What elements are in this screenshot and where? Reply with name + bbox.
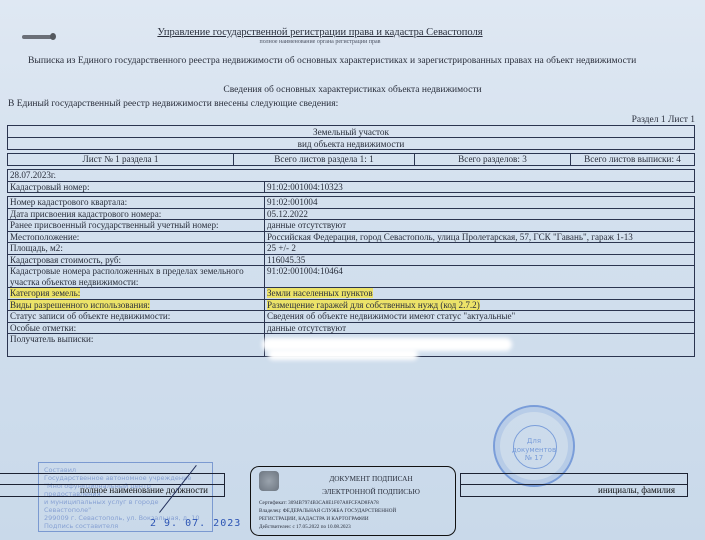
row-label: Статус записи об объекте недвижимости: (8, 311, 265, 323)
table-row: Статус записи об объекте недвижимости:Св… (8, 311, 695, 323)
row-value: Сведения об объекте недвижимости имеют с… (265, 311, 695, 323)
esig-subtitle: ЭЛЕКТРОННОЙ ПОДПИСЬЮ (291, 487, 451, 496)
row-label: Номер кадастрового квартала: (8, 197, 265, 209)
row-value-highlighted: Размещение гаражей для собственных нужд … (267, 300, 480, 310)
row-label: Получатель выписки: (8, 334, 265, 357)
esig-validity: Действителен: с 17.05.2022 по 10.08.2023 (259, 524, 451, 530)
table-row: Дата присвоения кадастрового номера:05.1… (8, 208, 695, 220)
seal-text: № 17 (495, 454, 573, 463)
organization-name: Управление государственной регистрации п… (0, 27, 640, 38)
esig-title: ДОКУМЕНТ ПОДПИСАН (291, 474, 451, 483)
section-title: Сведения об основных характеристиках объ… (0, 85, 705, 95)
esig-owner: Владелец: ФЕДЕРАЛЬНАЯ СЛУЖБА ГОСУДАРСТВЕ… (259, 508, 451, 514)
row-value-highlighted: Земли населенных пунктов (267, 288, 373, 298)
cadastral-number-label: Кадастровый номер: (8, 181, 265, 193)
esig-owner-cont: РЕГИСТРАЦИИ, КАДАСТРА И КАРТОГРАФИИ (259, 516, 451, 522)
row-value: Российская Федерация, город Севастополь,… (265, 231, 695, 243)
row-value: 91:02:001004 (265, 197, 695, 209)
row-label: Ранее присвоенный государственный учетны… (8, 220, 265, 232)
row-value: данные отсутствуют (265, 220, 695, 232)
stamp-date: 2 9. 07. 2023 (150, 518, 241, 529)
table-row: Категория земель:Земли населенных пункто… (8, 288, 695, 300)
row-value: данные отсутствуют (265, 322, 695, 334)
characteristics-table: Номер кадастрового квартала:91:02:001004… (7, 196, 695, 357)
stamp-line: и муниципальных услуг в городе Севастопо… (44, 498, 207, 514)
sheet-number: Лист № 1 раздела 1 (8, 154, 234, 165)
initials-field (460, 473, 688, 485)
seal-text: Для (495, 437, 573, 446)
table-row: Местоположение:Российская Федерация, гор… (8, 231, 695, 243)
electronic-signature-block: ДОКУМЕНТ ПОДПИСАН ЭЛЕКТРОННОЙ ПОДПИСЬЮ С… (250, 466, 456, 536)
cadastral-number-value: 91:02:001004:10323 (265, 181, 695, 193)
esig-certificate: Сертификат: 3094B7974B3CA8E1F07A8FCFAD8F… (259, 500, 451, 506)
row-label: Площадь, м2: (8, 243, 265, 255)
intro-text: В Единый государственный реестр недвижим… (8, 99, 338, 109)
row-label-highlighted: Виды разрешенного использования: (10, 300, 150, 310)
table-row: Кадастровая стоимость, руб:116045.35 (8, 254, 695, 266)
position-caption: полное наименование должности (0, 485, 225, 497)
table-row: Площадь, м2:25 +/- 2 (8, 243, 695, 255)
date-table: 28.07.2023г. Кадастровый номер: 91:02:00… (7, 169, 695, 193)
row-label: Кадастровая стоимость, руб: (8, 254, 265, 266)
organization-caption: полное наименование органа регистрации п… (0, 39, 640, 45)
extract-sheets-total: Всего листов выписки: 4 (571, 154, 694, 165)
row-label: Кадастровые номера расположенных в преде… (8, 266, 265, 288)
sections-total: Всего разделов: 3 (415, 154, 571, 165)
table-row: Виды разрешенного использования:Размещен… (8, 299, 695, 311)
row-value: 116045.35 (265, 254, 695, 266)
table-row: Кадастровые номера расположенных в преде… (8, 266, 695, 288)
table-row: Особые отметки:данные отсутствуют (8, 322, 695, 334)
row-label: Особые отметки: (8, 322, 265, 334)
object-type-caption: вид объекта недвижимости (7, 137, 695, 150)
table-row: Ранее присвоенный государственный учетны… (8, 220, 695, 232)
seal-text: документов (495, 446, 573, 455)
row-value: 25 +/- 2 (265, 243, 695, 255)
redaction-mark (268, 349, 418, 360)
initials-caption: инициалы, фамилия (460, 485, 688, 497)
row-value: 91:02:001004:10464 (265, 266, 695, 288)
sheet-info-row: Лист № 1 раздела 1 Всего листов раздела … (7, 153, 695, 166)
row-value: 05.12.2022 (265, 208, 695, 220)
emblem-icon (259, 471, 279, 491)
section-sheets-total: Всего листов раздела 1: 1 (234, 154, 415, 165)
document-title: Выписка из Единого государственного реес… (28, 55, 636, 66)
extract-date: 28.07.2023г. (8, 170, 695, 182)
row-label: Местоположение: (8, 231, 265, 243)
row-label-highlighted: Категория земель: (10, 288, 80, 298)
table-row: Номер кадастрового квартала:91:02:001004 (8, 197, 695, 209)
row-label: Дата присвоения кадастрового номера: (8, 208, 265, 220)
section-sheet-label: Раздел 1 Лист 1 (632, 115, 695, 125)
